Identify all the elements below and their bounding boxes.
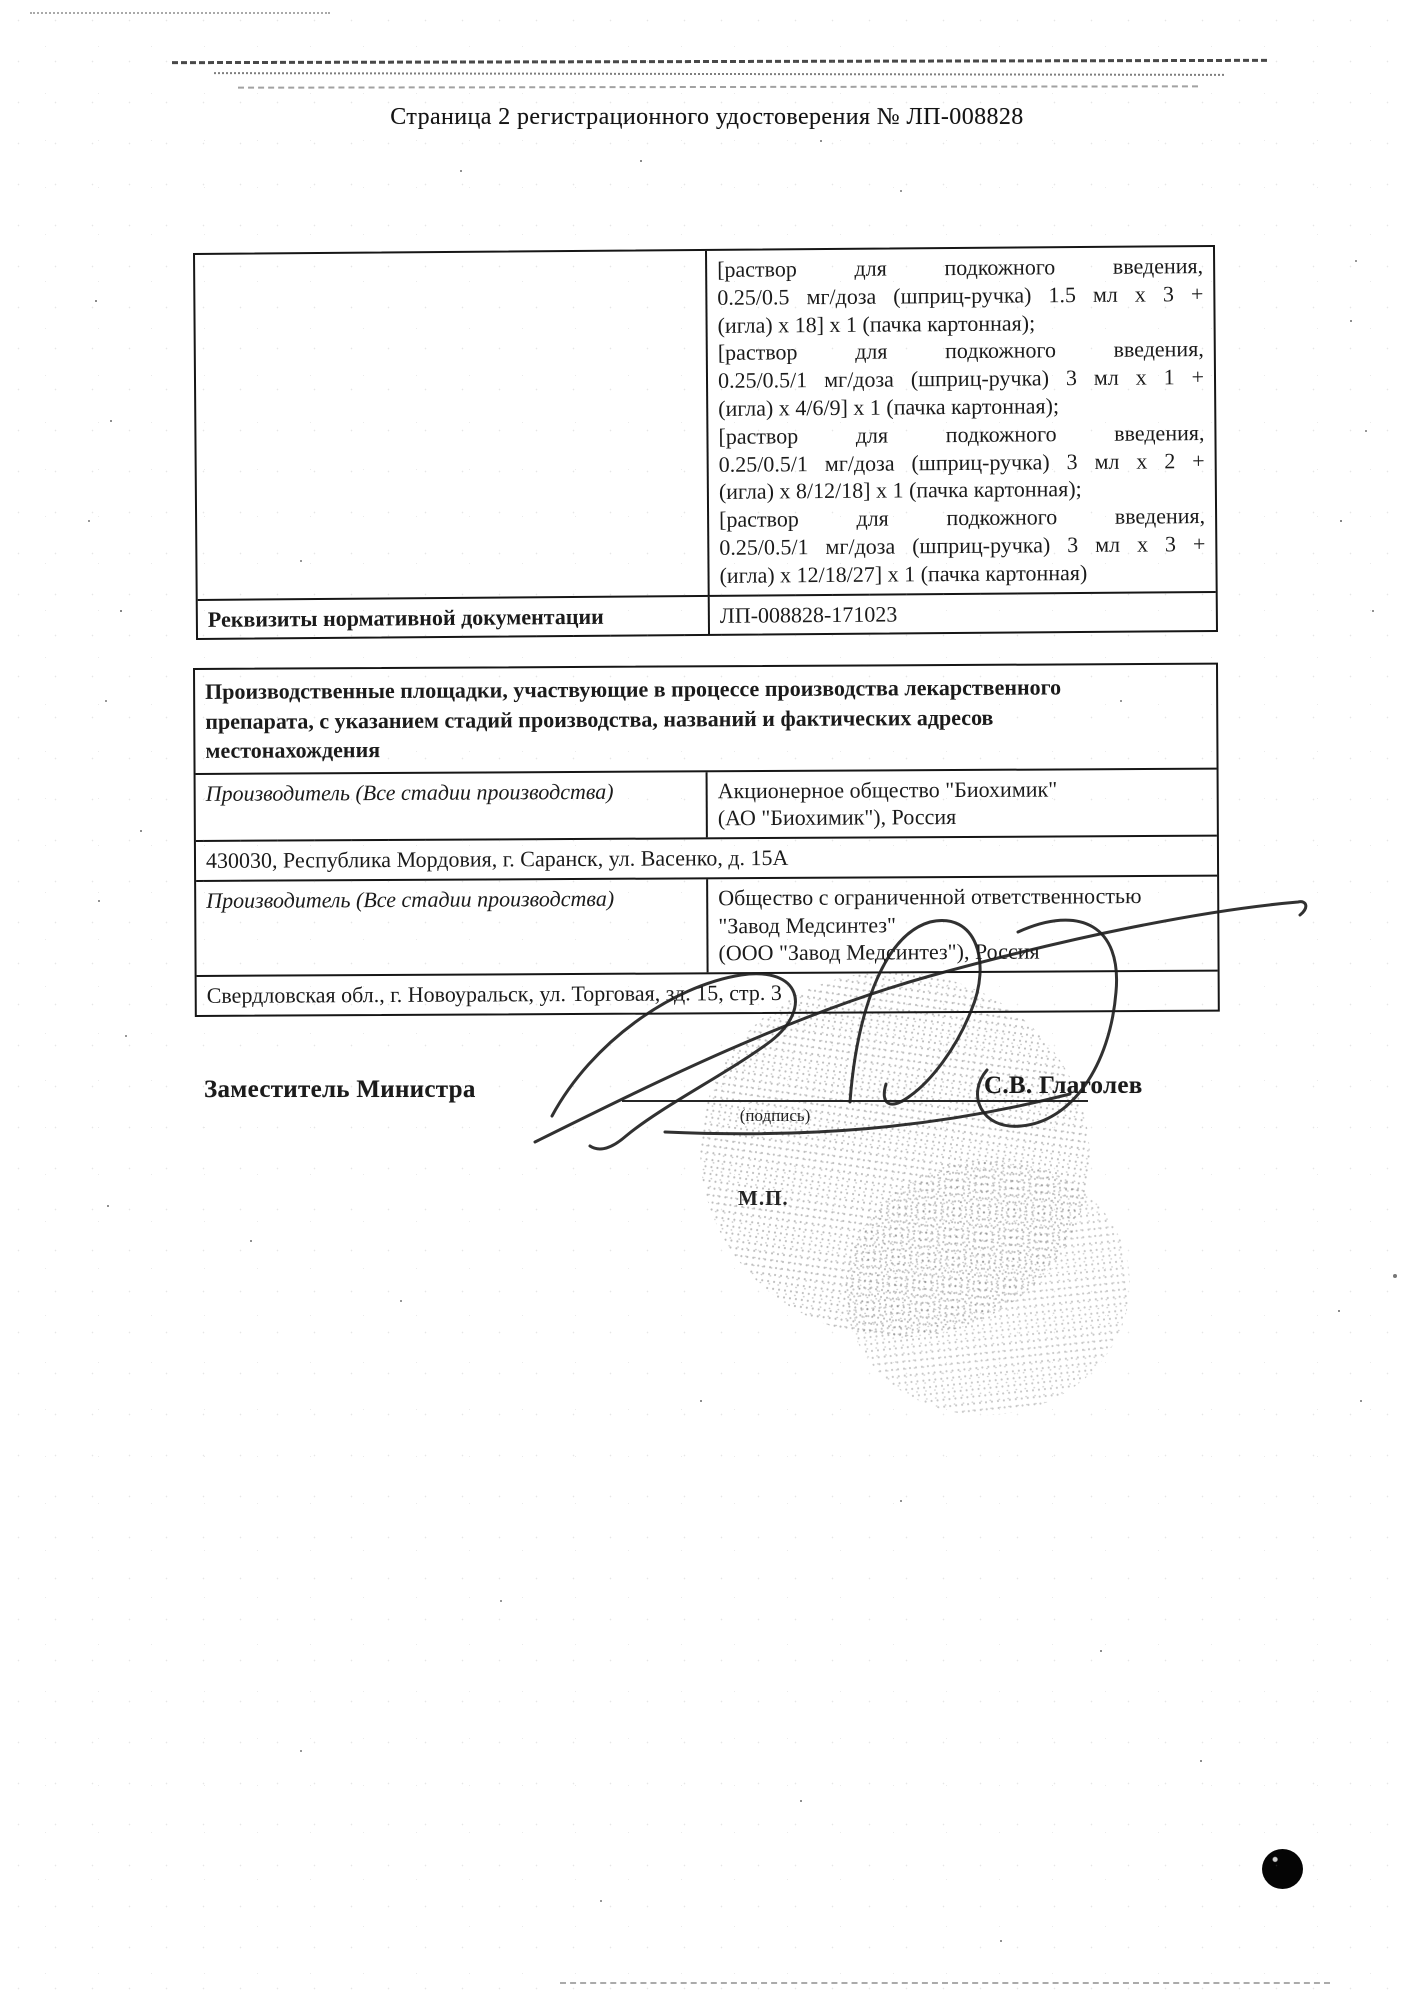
producer-row-1: Производитель (Все стадии производства) … [196,767,1217,840]
registration-table-empty-cell [195,251,710,599]
packaging-line: [раствор для подкожного введения, [718,335,1204,367]
producer-company-cell: Акционерное общество "Биохимик"(АО "Биох… [708,769,1217,837]
registration-table: [раствор для подкожного введения,0.25/0.… [193,245,1218,640]
packaging-line: (игла) х 4/6/9] х 1 (пачка картонная); [718,391,1204,423]
production-table-header-line: местонахождения [205,731,1206,766]
packaging-line: 0.25/0.5 мг/доза (шприц-ручка) 1.5 мл х … [717,280,1203,312]
packaging-line: (игла) х 18] х 1 (пачка картонная); [717,308,1203,340]
packaging-line: (игла) х 8/12/18] х 1 (пачка картонная); [719,474,1205,506]
packaging-line: 0.25/0.5/1 мг/доза (шприц-ручка) 3 мл х … [719,530,1205,562]
hole-punch-ink-dot [1262,1849,1303,1889]
producer-address-cell: 430030, Республика Мордовия, г. Саранск,… [196,837,1217,880]
packaging-line: 0.25/0.5/1 мг/доза (шприц-ручка) 3 мл х … [719,447,1205,479]
packaging-line: 0.25/0.5/1 мг/доза (шприц-ручка) 3 мл х … [718,363,1204,395]
requisites-label-cell: Реквизиты нормативной документации [198,597,710,639]
production-table-header-line: Производственные площадки, участвующие в… [205,672,1206,707]
production-table-header: Производственные площадки, участвующие в… [195,665,1217,773]
scan-artifact-dashed-line-top-3 [238,85,1198,88]
packaging-line: [раствор для подкожного введения, [719,502,1205,534]
scan-artifact-dashed-line-bottom [560,1982,1330,1984]
signature-scribble [460,880,1320,1200]
production-table-header-row: Производственные площадки, участвующие в… [195,665,1217,773]
producer-company-line: Акционерное общество "Биохимик" [718,774,1207,804]
packaging-row: [раствор для подкожного введения,0.25/0.… [195,247,1216,599]
scan-artifact-dashed-line-top-1 [172,59,1267,64]
packaging-line: (игла) х 12/18/27] х 1 (пачка картонная) [719,558,1205,590]
page-title: Страница 2 регистрационного удостоверени… [0,104,1414,131]
producer-company-line: (АО "Биохимик"), Россия [718,802,1207,832]
requisites-row: Реквизиты нормативной документации ЛП-00… [198,591,1216,639]
scanned-document-page: Страница 2 регистрационного удостоверени… [0,0,1414,2000]
requisites-value-cell: ЛП-008828-171023 [710,593,1216,635]
packaging-list: [раствор для подкожного введения,0.25/0.… [707,247,1216,595]
packaging-line: [раствор для подкожного введения, [717,252,1203,284]
producer-role-cell: Производитель (Все стадии производства) [196,772,708,840]
producer-address-row-1: 430030, Республика Мордовия, г. Саранск,… [196,835,1217,880]
scan-artifact-dashed-line-top-2 [214,72,1224,76]
packaging-line: [раствор для подкожного введения, [718,419,1204,451]
official-title: Заместитель Министра [204,1076,476,1104]
scan-noise-specks [95,300,97,302]
scan-artifact-dashed-line-corner [30,12,330,14]
